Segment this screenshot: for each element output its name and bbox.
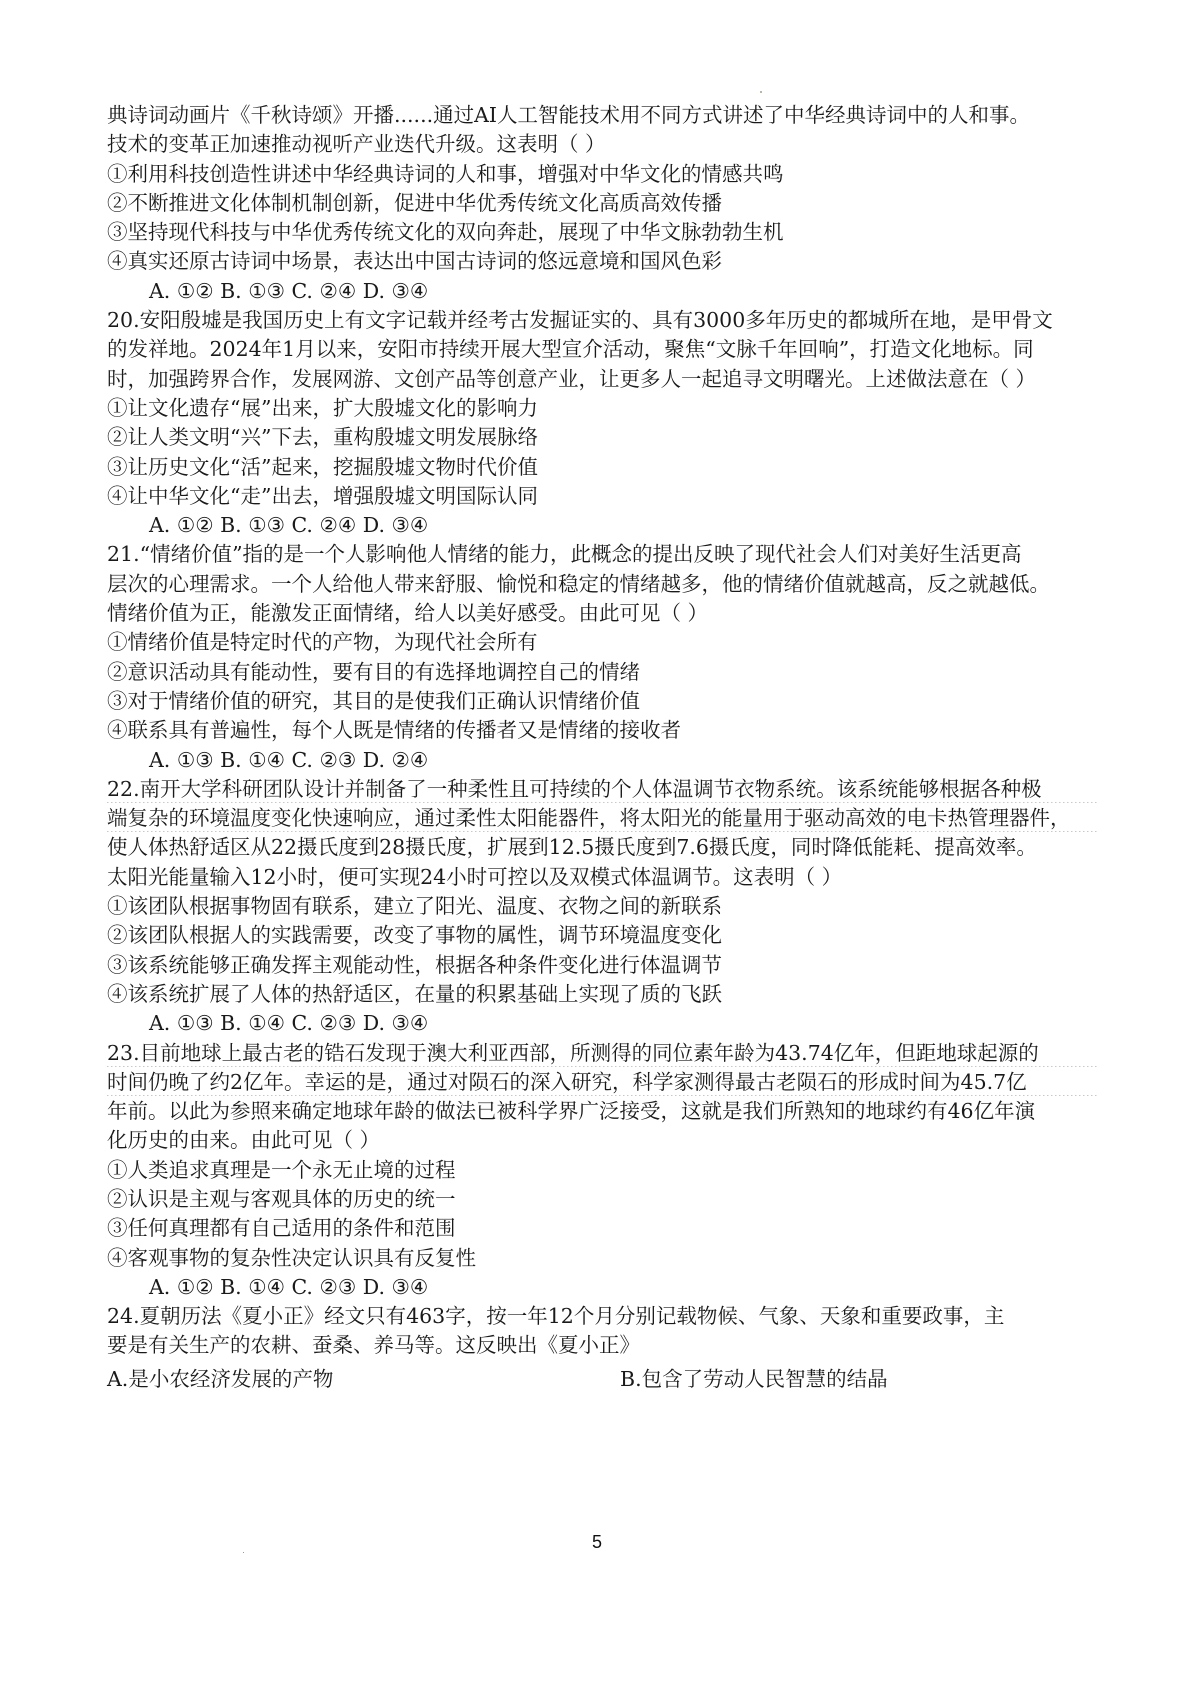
statement-item: ④真实还原古诗词中场景，表达出中国古诗词的悠远意境和国风色彩 xyxy=(107,247,1097,276)
scan-speck xyxy=(760,91,762,93)
answer-options: A. ①② B. ①③ C. ②④ D. ③④ xyxy=(107,511,1097,540)
page-number: 5 xyxy=(592,1532,602,1553)
question-stem-line: 时，加强跨界合作，发展网游、文创产品等创意产业，让更多人一起追寻文明曙光。上述做… xyxy=(107,365,1097,394)
question-19: 典诗词动画片《千秋诗颂》开播......通过AI人工智能技术用不同方式讲述了中华… xyxy=(107,101,1097,306)
statement-item: ②该团队根据人的实践需要，改变了事物的属性，调节环境温度变化 xyxy=(107,921,1097,950)
option-b: B.包含了劳动人民智慧的结晶 xyxy=(620,1365,888,1394)
question-stem-line: 23.目前地球上最古老的锆石发现于澳大利亚西部，所测得的同位素年龄为43.74亿… xyxy=(107,1039,1097,1068)
question-22: 22.南开大学科研团队设计并制备了一种柔性且可持续的个人体温调节衣物系统。该系统… xyxy=(107,775,1097,1039)
statement-item: ④客观事物的复杂性决定认识具有反复性 xyxy=(107,1244,1097,1273)
statement-item: ③该系统能够正确发挥主观能动性，根据各种条件变化进行体温调节 xyxy=(107,951,1097,980)
question-stem-line: 22.南开大学科研团队设计并制备了一种柔性且可持续的个人体温调节衣物系统。该系统… xyxy=(107,775,1097,804)
scan-speck xyxy=(243,1552,244,1553)
question-stem-line: 使人体热舒适区从22摄氏度到28摄氏度，扩展到12.5摄氏度到7.6摄氏度，同时… xyxy=(107,833,1097,862)
question-stem-line: 要是有关生产的农耕、蚕桑、养马等。这反映出《夏小正》 xyxy=(107,1331,1097,1360)
question-stem-line: 的发祥地。2024年1月以来，安阳市持续开展大型宣介活动，聚焦“文脉千年回响”，… xyxy=(107,335,1097,364)
question-24: 24.夏朝历法《夏小正》经文只有463字，按一年12个月分别记载物候、气象、天象… xyxy=(107,1302,1097,1394)
statement-item: ②认识是主观与客观具体的历史的统一 xyxy=(107,1185,1097,1214)
statement-item: ④让中华文化“走”出去，增强殷墟文明国际认同 xyxy=(107,482,1097,511)
question-stem-line: 年前。以此为参照来确定地球年龄的做法已被科学界广泛接受，这就是我们所熟知的地球约… xyxy=(107,1097,1097,1126)
answer-options: A. ①② B. ①③ C. ②④ D. ③④ xyxy=(107,277,1097,306)
question-23: 23.目前地球上最古老的锆石发现于澳大利亚西部，所测得的同位素年龄为43.74亿… xyxy=(107,1039,1097,1303)
question-stem-line: 层次的心理需求。一个人给他人带来舒服、愉悦和稳定的情绪越多，他的情绪价值就越高，… xyxy=(107,570,1097,599)
answer-options: A. ①③ B. ①④ C. ②③ D. ③④ xyxy=(107,1009,1097,1038)
statement-item: ③让历史文化“活”起来，挖掘殷墟文物时代价值 xyxy=(107,453,1097,482)
question-stem-line: 典诗词动画片《千秋诗颂》开播......通过AI人工智能技术用不同方式讲述了中华… xyxy=(107,101,1097,130)
statement-item: ④该系统扩展了人体的热舒适区，在量的积累基础上实现了质的飞跃 xyxy=(107,980,1097,1009)
statement-item: ①让文化遗存“展”出来，扩大殷墟文化的影响力 xyxy=(107,394,1097,423)
statement-item: ③坚持现代科技与中华优秀传统文化的双向奔赴，展现了中华文脉勃勃生机 xyxy=(107,218,1097,247)
question-stem-line: 端复杂的环境温度变化快速响应，通过柔性太阳能器件，将太阳光的能量用于驱动高效的电… xyxy=(107,804,1097,833)
answer-options: A. ①③ B. ①④ C. ②③ D. ②④ xyxy=(107,746,1097,775)
statement-item: ③任何真理都有自己适用的条件和范围 xyxy=(107,1214,1097,1243)
statement-item: ①情绪价值是特定时代的产物，为现代社会所有 xyxy=(107,628,1097,657)
question-stem-line: 太阳光能量输入12小时，便可实现24小时可控以及双模式体温调节。这表明（ ） xyxy=(107,863,1097,892)
answer-options: A. ①② B. ①④ C. ②③ D. ③④ xyxy=(107,1273,1097,1302)
question-stem-line: 情绪价值为正，能激发正面情绪，给人以美好感受。由此可见（ ） xyxy=(107,599,1097,628)
question-21: 21.“情绪价值”指的是一个人影响他人情绪的能力，此概念的提出反映了现代社会人们… xyxy=(107,540,1097,774)
statement-item: ④联系具有普遍性，每个人既是情绪的传播者又是情绪的接收者 xyxy=(107,716,1097,745)
question-stem-line: 时间仍晚了约2亿年。幸运的是，通过对陨石的深入研究，科学家测得最古老陨石的形成时… xyxy=(107,1068,1097,1097)
question-stem-line: 21.“情绪价值”指的是一个人影响他人情绪的能力，此概念的提出反映了现代社会人们… xyxy=(107,540,1097,569)
question-stem-line: 技术的变革正加速推动视听产业迭代升级。这表明（ ） xyxy=(107,130,1097,159)
statement-item: ②意识活动具有能动性，要有目的有选择地调控自己的情绪 xyxy=(107,658,1097,687)
statement-item: ①该团队根据事物固有联系，建立了阳光、温度、衣物之间的新联系 xyxy=(107,892,1097,921)
statement-item: ②不断推进文化体制机制创新，促进中华优秀传统文化高质高效传播 xyxy=(107,189,1097,218)
statement-item: ①人类追求真理是一个永无止境的过程 xyxy=(107,1156,1097,1185)
statement-item: ③对于情绪价值的研究，其目的是使我们正确认识情绪价值 xyxy=(107,687,1097,716)
question-stem-line: 20.安阳殷墟是我国历史上有文字记载并经考古发掘证实的、具有3000多年历史的都… xyxy=(107,306,1097,335)
answer-options-row: A.是小农经济发展的产物 B.包含了劳动人民智慧的结晶 xyxy=(107,1365,1097,1394)
question-stem-line: 24.夏朝历法《夏小正》经文只有463字，按一年12个月分别记载物候、气象、天象… xyxy=(107,1302,1097,1331)
exam-page: 典诗词动画片《千秋诗颂》开播......通过AI人工智能技术用不同方式讲述了中华… xyxy=(107,101,1097,1394)
statement-item: ②让人类文明“兴”下去，重构殷墟文明发展脉络 xyxy=(107,423,1097,452)
question-20: 20.安阳殷墟是我国历史上有文字记载并经考古发掘证实的、具有3000多年历史的都… xyxy=(107,306,1097,540)
statement-item: ①利用科技创造性讲述中华经典诗词的人和事，增强对中华文化的情感共鸣 xyxy=(107,160,1097,189)
question-stem-line: 化历史的由来。由此可见（ ） xyxy=(107,1126,1097,1155)
option-a: A.是小农经济发展的产物 xyxy=(107,1365,620,1394)
